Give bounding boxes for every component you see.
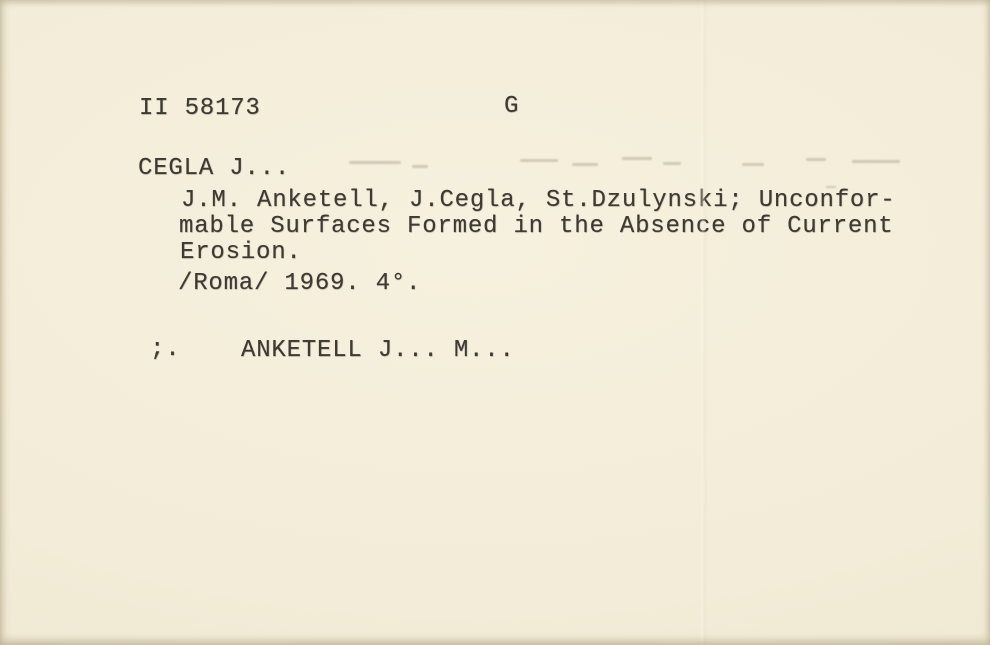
imprint-line: /Roma/ 1969. 4°.: [178, 271, 421, 297]
title-line: Erosion.: [180, 240, 302, 266]
card-crease: [700, 0, 706, 645]
ghost-mark: [742, 163, 764, 166]
ghost-mark: [349, 161, 401, 164]
ghost-mark: [412, 165, 428, 168]
title-line: J.M. Anketell, J.Cegla, St.Dzulynski; Un…: [181, 188, 896, 214]
ghost-mark: [572, 163, 598, 166]
title-line: mable Surfaces Formed in the Absence of …: [179, 214, 894, 240]
ghost-mark: [663, 162, 681, 165]
ghost-mark: [622, 157, 652, 160]
cross-reference-heading: ANKETELL J... M...: [241, 338, 515, 364]
ghost-mark: [806, 158, 826, 161]
call-number: II 58173: [139, 96, 261, 122]
section-letter: G: [504, 94, 519, 120]
ghost-mark: [520, 159, 558, 162]
cross-reference-marker: ;.: [150, 337, 180, 363]
ghost-mark: [852, 160, 900, 163]
catalog-card-scan: II 58173 G CEGLA J... J.M. Anketell, J.C…: [0, 0, 990, 645]
author-heading: CEGLA J...: [138, 156, 290, 182]
